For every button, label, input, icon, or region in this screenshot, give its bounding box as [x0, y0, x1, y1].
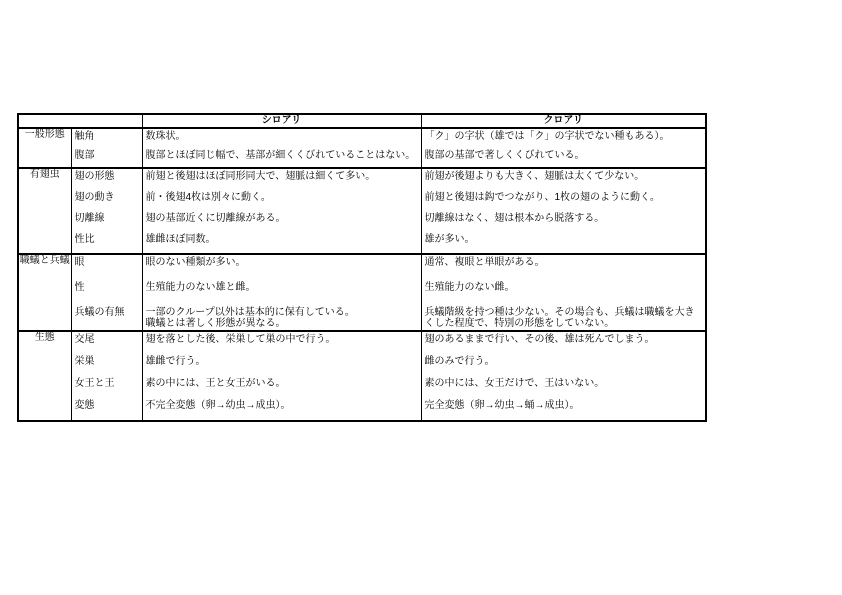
attr-label-metamorphosis: 変態 — [72, 398, 142, 420]
cell-kuroari-detach-line: 切離線はなく、翅は根本から脱落する。 — [422, 211, 706, 232]
cell-shiroari-wing-movement: 前・後翅4枚は別々に動く。 — [143, 190, 421, 211]
cell-kuroari-sex: 生殖能力のない雌。 — [422, 280, 706, 305]
group-label-ecology: 生態 — [18, 331, 71, 421]
cell-shiroari-sex-ratio: 雄雌ほぼ同数。 — [143, 232, 421, 253]
attr-label-sex: 性 — [72, 280, 142, 305]
cell-shiroari-eyes: 眼のない種類が多い。 — [143, 255, 421, 280]
group-row-winged-insect: 有翅虫 翅の形態 翅の動き 切離線 性比 前翅と後翅はほぼ同形同大で、翅脈は細く… — [18, 168, 706, 254]
attr-label-wing-shape: 翅の形態 — [72, 169, 142, 190]
cell-kuroari-soldier-presence: 兵蟻階級を持つ種は少ない。その場合も、兵蟻は職蟻を大きくした程度で、特別の形態を… — [422, 305, 706, 330]
header-kuroari: クロアリ — [421, 114, 706, 128]
cell-kuroari-abdomen: 腹部の基部で著しくくびれている。 — [422, 148, 706, 167]
attr-column: 翅の形態 翅の動き 切離線 性比 — [71, 168, 142, 254]
group-row-workers-soldiers: 職蟻と兵蟻 眼 性 兵蟻の有無 眼のない種類が多い。 生殖能力のない雄と雌。 一… — [18, 254, 706, 331]
cell-shiroari-sex: 生殖能力のない雄と雌。 — [143, 280, 421, 305]
cell-kuroari-nesting: 雌のみで行う。 — [422, 354, 706, 376]
group-label-winged-insect: 有翅虫 — [18, 168, 71, 254]
kuroari-column: 前翅が後翅よりも大きく、翅脈は太くて少ない。 前翅と後翅は鈎でつながり、1枚の翅… — [421, 168, 706, 254]
attr-label-eyes: 眼 — [72, 255, 142, 280]
attr-column: 眼 性 兵蟻の有無 — [71, 254, 142, 331]
group-row-ecology: 生態 交尾 栄巣 女王と王 変態 翅を落とした後、栄巣して巣の中で行う。 雄雌で… — [18, 331, 706, 421]
cell-kuroari-wing-movement: 前翅と後翅は鈎でつながり、1枚の翅のように動く。 — [422, 190, 706, 211]
attr-column: 交尾 栄巣 女王と王 変態 — [71, 331, 142, 421]
shiroari-column: 数珠状。 腹部とほぼ同じ幅で、基部が細くくびれていることはない。 — [142, 128, 421, 168]
kuroari-column: 翅のあるままで行い、その後、雄は死んでしまう。 雌のみで行う。 素の中には、女王… — [421, 331, 706, 421]
cell-shiroari-soldier-presence: 一部のクループ以外は基本的に保有している。 職蟻とは著しく形態が異なる。 — [143, 305, 421, 330]
header-shiroari: シロアリ — [142, 114, 421, 128]
attr-label-sex-ratio: 性比 — [72, 232, 142, 253]
header-row: シロアリ クロアリ — [18, 114, 706, 128]
attr-label-queen-king: 女王と王 — [72, 376, 142, 398]
header-blank-cell — [18, 114, 142, 128]
cell-shiroari-wing-shape: 前翅と後翅はほぼ同形同大で、翅脈は細くて多い。 — [143, 169, 421, 190]
comparison-table: シロアリ クロアリ 一般形態 触角 腹部 数珠状。 腹部とほぼ同じ幅で、基部が細… — [17, 113, 707, 422]
kuroari-column: 「ク」の字状（雄では「ク」の字状でない種もある）。 腹部の基部で著しくくびれてい… — [421, 128, 706, 168]
shiroari-column: 翅を落とした後、栄巣して巣の中で行う。 雄雌で行う。 素の中には、王と女王がいる… — [142, 331, 421, 421]
document-page: シロアリ クロアリ 一般形態 触角 腹部 数珠状。 腹部とほぼ同じ幅で、基部が細… — [0, 0, 842, 595]
group-label-general-morphology: 一般形態 — [18, 128, 71, 168]
attr-label-abdomen: 腹部 — [72, 148, 142, 167]
cell-shiroari-mating: 翅を落とした後、栄巣して巣の中で行う。 — [143, 332, 421, 354]
cell-shiroari-abdomen: 腹部とほぼ同じ幅で、基部が細くくびれていることはない。 — [143, 148, 421, 167]
shiroari-column: 眼のない種類が多い。 生殖能力のない雄と雌。 一部のクループ以外は基本的に保有し… — [142, 254, 421, 331]
cell-kuroari-wing-shape: 前翅が後翅よりも大きく、翅脈は太くて少ない。 — [422, 169, 706, 190]
cell-kuroari-eyes: 通常、複眼と単眼がある。 — [422, 255, 706, 280]
cell-kuroari-metamorphosis: 完全変態（卵→幼虫→蛹→成虫）。 — [422, 398, 706, 420]
attr-label-antenna: 触角 — [72, 129, 142, 148]
group-row-general-morphology: 一般形態 触角 腹部 数珠状。 腹部とほぼ同じ幅で、基部が細くくびれていることは… — [18, 128, 706, 168]
cell-shiroari-queen-king: 素の中には、王と女王がいる。 — [143, 376, 421, 398]
cell-shiroari-metamorphosis: 不完全変態（卵→幼虫→成虫）。 — [143, 398, 421, 420]
cell-shiroari-nesting: 雄雌で行う。 — [143, 354, 421, 376]
attr-label-soldier-presence: 兵蟻の有無 — [72, 305, 142, 330]
attr-label-detach-line: 切離線 — [72, 211, 142, 232]
cell-kuroari-mating: 翅のあるままで行い、その後、雄は死んでしまう。 — [422, 332, 706, 354]
cell-shiroari-antenna: 数珠状。 — [143, 129, 421, 148]
attr-label-mating: 交尾 — [72, 332, 142, 354]
cell-shiroari-detach-line: 翅の基部近くに切離線がある。 — [143, 211, 421, 232]
attr-label-wing-movement: 翅の動き — [72, 190, 142, 211]
shiroari-column: 前翅と後翅はほぼ同形同大で、翅脈は細くて多い。 前・後翅4枚は別々に動く。 翅の… — [142, 168, 421, 254]
cell-kuroari-sex-ratio: 雄が多い。 — [422, 232, 706, 253]
cell-kuroari-antenna: 「ク」の字状（雄では「ク」の字状でない種もある）。 — [422, 129, 706, 148]
kuroari-column: 通常、複眼と単眼がある。 生殖能力のない雌。 兵蟻階級を持つ種は少ない。その場合… — [421, 254, 706, 331]
attr-label-nesting: 栄巣 — [72, 354, 142, 376]
attr-column: 触角 腹部 — [71, 128, 142, 168]
cell-kuroari-queen-king: 素の中には、女王だけで、王はいない。 — [422, 376, 706, 398]
group-label-workers-soldiers: 職蟻と兵蟻 — [18, 254, 71, 331]
